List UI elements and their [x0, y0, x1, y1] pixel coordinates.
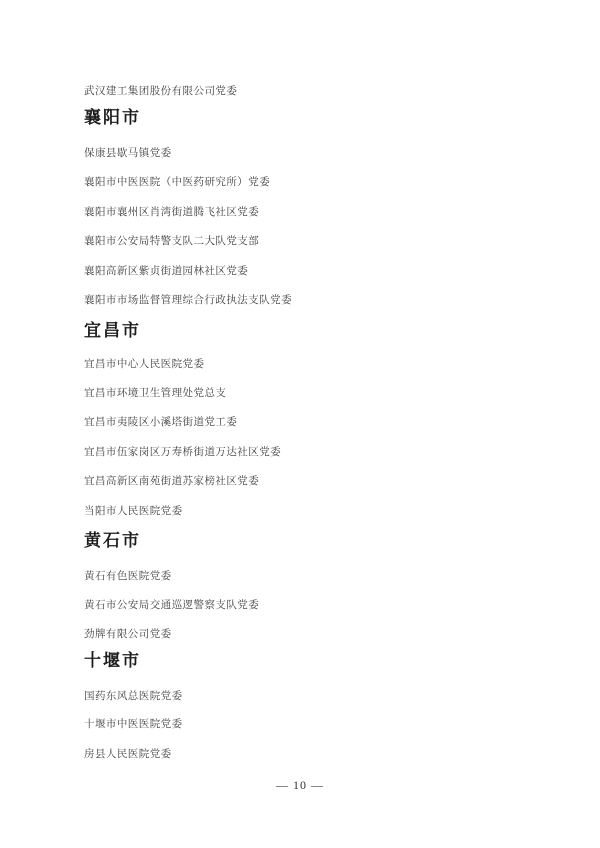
section-title-huangshi: 黄石市: [84, 532, 141, 550]
list-item: 劲牌有限公司党委: [84, 628, 172, 641]
list-item: 宜昌市环境卫生管理处党总支: [84, 387, 226, 400]
list-item: 襄阳市公安局特警支队二大队党支部: [84, 235, 259, 248]
list-item: 房县人民医院党委: [84, 748, 172, 761]
document-page: 武汉建工集团股份有限公司党委 襄阳市 保康县歇马镇党委 襄阳市中医医院（中医药研…: [0, 0, 600, 848]
list-item: 宜昌市夷陵区小溪塔街道党工委: [84, 416, 237, 429]
list-item: 襄阳高新区紫贞街道园林社区党委: [84, 265, 248, 278]
list-item: 宜昌市伍家岗区万寿桥街道万达社区党委: [84, 446, 281, 459]
list-item: 襄阳市襄州区肖湾街道腾飞社区党委: [84, 206, 259, 219]
page-number: — 10 —: [0, 778, 600, 792]
section-title-xiangyang: 襄阳市: [84, 109, 141, 127]
list-item: 黄石市公安局交通巡逻警察支队党委: [84, 599, 259, 612]
list-item: 国药东风总医院党委: [84, 690, 183, 703]
list-item: 襄阳市市场监督管理综合行政执法支队党委: [84, 294, 292, 307]
list-item: 当阳市人民医院党委: [84, 505, 183, 518]
list-item: 宜昌高新区南苑街道苏家榜社区党委: [84, 475, 259, 488]
section-title-shiyan: 十堰市: [84, 652, 141, 670]
list-item: 武汉建工集团股份有限公司党委: [84, 85, 237, 98]
list-item: 十堰市中医医院党委: [84, 718, 183, 731]
list-item: 襄阳市中医医院（中医药研究所）党委: [84, 176, 270, 189]
list-item: 黄石有色医院党委: [84, 570, 172, 583]
list-item: 保康县歇马镇党委: [84, 147, 172, 160]
section-title-yichang: 宜昌市: [84, 322, 141, 340]
list-item: 宜昌市中心人民医院党委: [84, 358, 204, 371]
